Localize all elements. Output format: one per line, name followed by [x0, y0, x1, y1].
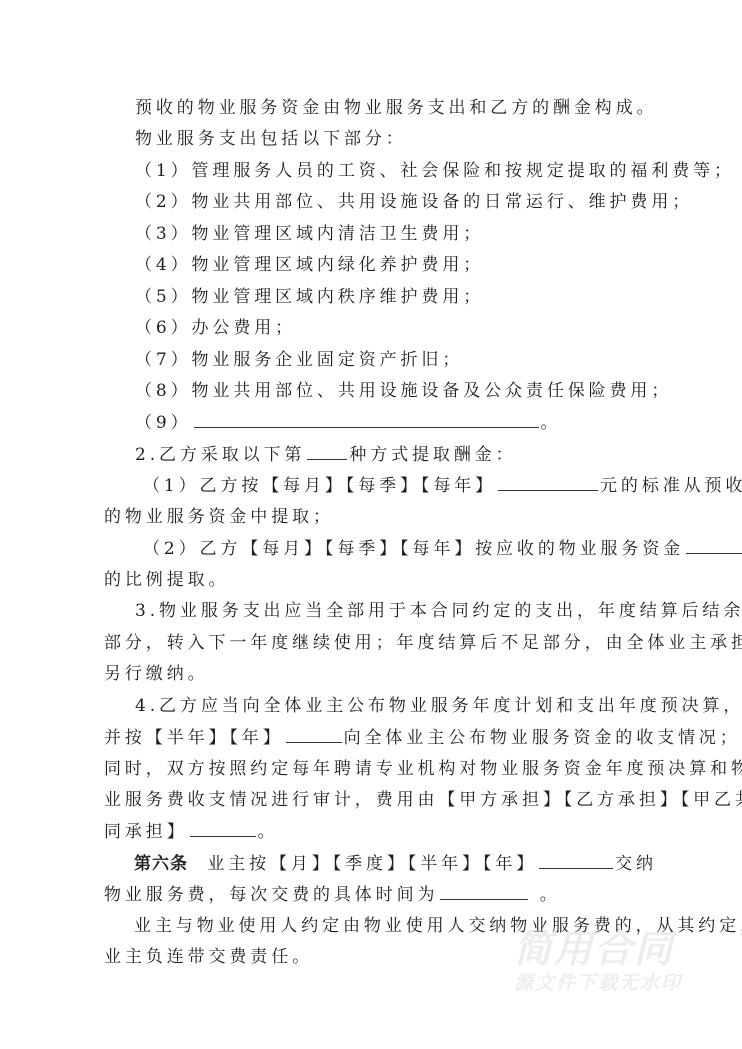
- article6-line1-prefix: 业主按【月】【季度】【半年】【年】: [207, 854, 537, 874]
- item9-blank-field[interactable]: [194, 411, 539, 428]
- list-item-expense-3: （3）物业管理区域内清洁卫生费用；: [135, 223, 484, 245]
- option1-prefix: （1）乙方按【每月】【每季】【每年】: [143, 476, 496, 496]
- clause4-line2-suffix: 向全体业主公布物业服务资金的收支情况；: [344, 728, 741, 748]
- clause4-line5-suffix: 。: [258, 822, 279, 842]
- list-item-expense-8: （8）物业共用部位、共用设施设备及公众责任保险费用；: [135, 380, 672, 402]
- clause-4-line-5: 同承担】。: [104, 820, 279, 843]
- watermark-tagline: 源文件下载无水印: [514, 968, 682, 995]
- article6-line2-prefix: 物业服务费，每次交费的具体时间为: [104, 885, 438, 905]
- option1-suffix: 元的标准从预收: [600, 476, 742, 496]
- article6-payment-time-blank-field[interactable]: [440, 883, 528, 900]
- clause-4-line-1: 4.乙方应当向全体业主公布物业服务年度计划和支出年度预决算，: [135, 695, 742, 717]
- clause4-line5-prefix: 同承担】: [104, 822, 188, 842]
- article-6-heading: 第六条: [134, 854, 188, 874]
- item9-prefix: （9）: [135, 413, 192, 433]
- paragraph-funding-composition: 预收的物业服务资金由物业服务支出和乙方的酬金构成。: [135, 97, 658, 119]
- clause2-method-blank-field[interactable]: [307, 443, 347, 460]
- clause-2-option-2: （2）乙方【每月】【每季】【每年】按应收的物业服务资金%: [143, 537, 742, 560]
- article-6-para-2-line-2: 业主负连带交费责任。: [104, 946, 313, 968]
- option2-percent-blank-field[interactable]: [686, 537, 742, 554]
- paragraph-expenses-intro: 物业服务支出包括以下部分：: [135, 128, 407, 150]
- list-item-expense-1: （1）管理服务人员的工资、社会保险和按规定提取的福利费等；: [135, 160, 735, 182]
- clause-4-line-4: 业服务费收支情况进行审计，费用由【甲方承担】【乙方承担】【甲乙共: [104, 789, 742, 811]
- list-item-expense-7: （7）物业服务企业固定资产折旧；: [135, 349, 463, 371]
- clause4-audit-blank-field[interactable]: [190, 820, 256, 837]
- article6-line2-suffix: 。: [530, 885, 560, 905]
- article6-line1-suffix: 交纳: [615, 854, 657, 874]
- list-item-expense-2: （2）物业共用部位、共用设施设备的日常运行、维护费用；: [135, 191, 693, 213]
- list-item-expense-4: （4）物业管理区域内绿化养护费用；: [135, 254, 484, 276]
- clause-2-heading: 2.乙方采取以下第种方式提取酬金：: [135, 443, 517, 466]
- list-item-expense-6: （6）办公费用；: [135, 317, 296, 339]
- watermark-brand: 简用合同: [514, 918, 674, 973]
- item9-suffix: 。: [541, 413, 562, 433]
- clause-2-option-1-continuation: 的物业服务资金中提取；: [104, 506, 334, 528]
- article-6-line-1: 第六条 业主按【月】【季度】【半年】【年】交纳: [134, 852, 657, 875]
- clause4-line2-prefix: 并按【半年】【年】: [104, 728, 284, 748]
- clause-4-line-2: 并按【半年】【年】向全体业主公布物业服务资金的收支情况；: [104, 726, 741, 749]
- clause-3-line-2: 部分，转入下一年度继续使用；年度结算后不足部分，由全体业主承担，: [104, 632, 742, 654]
- clause4-period-blank-field[interactable]: [286, 726, 342, 743]
- clause-2-option-1: （1）乙方按【每月】【每季】【每年】元的标准从预收: [143, 474, 742, 497]
- clause2-suffix: 种方式提取酬金：: [349, 445, 516, 465]
- clause-3-line-3: 另行缴纳。: [104, 663, 209, 685]
- clause-2-option-2-continuation: 的比例提取。: [104, 569, 229, 591]
- article6-payment-period-blank-field[interactable]: [539, 852, 613, 869]
- option1-amount-blank-field[interactable]: [498, 474, 598, 491]
- article-6-line-2: 物业服务费，每次交费的具体时间为 。: [104, 883, 561, 906]
- clause2-prefix: 2.乙方采取以下第: [135, 445, 305, 465]
- option2-prefix: （2）乙方【每月】【每季】【每年】按应收的物业服务资金: [143, 539, 684, 559]
- clause-4-line-3: 同时，双方按照约定每年聘请专业机构对物业服务资金年度预决算和物: [104, 758, 742, 780]
- clause-3-line-1: 3.物业服务支出应当全部用于本合同约定的支出，年度结算后结余: [135, 600, 742, 622]
- list-item-expense-5: （5）物业管理区域内秩序维护费用；: [135, 286, 484, 308]
- document-page: 预收的物业服务资金由物业服务支出和乙方的酬金构成。 物业服务支出包括以下部分： …: [0, 0, 742, 1049]
- list-item-expense-9: （9）。: [135, 411, 561, 434]
